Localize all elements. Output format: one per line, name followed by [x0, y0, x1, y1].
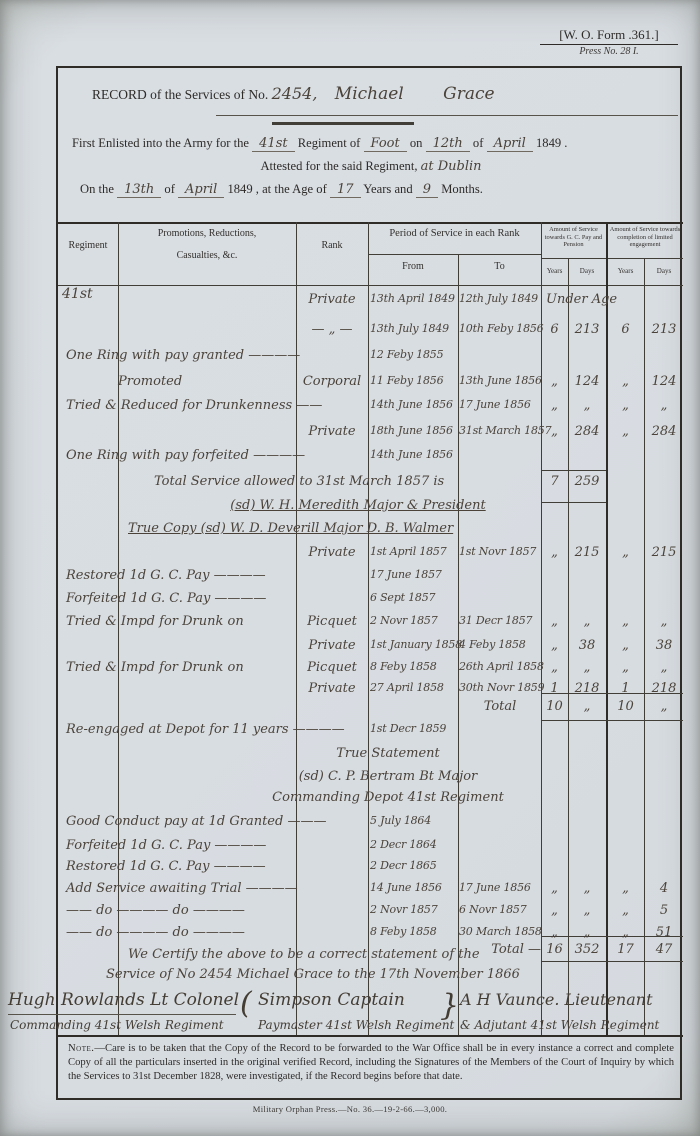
of-label: of	[473, 136, 484, 150]
attested-place-value: at Dublin	[421, 159, 482, 174]
table-row: Forfeited 1d G. C. Pay ————2 Decr 1864	[58, 838, 683, 858]
col-header-days-1: Days	[568, 267, 606, 275]
age-months-value: 9	[416, 182, 438, 198]
signature-rule	[8, 1014, 236, 1015]
age-years-value: 17	[330, 182, 361, 198]
form-number: [W. O. Form .361.]	[540, 27, 678, 45]
enlist-month-value: April	[487, 136, 533, 152]
table-row: (sd) W. H. Meredith Major & President	[58, 498, 683, 518]
table-row: True Copy (sd) W. D. Deverill Major D. B…	[58, 521, 683, 541]
record-title: RECORD of the Services of No. 2454, Mich…	[92, 84, 495, 104]
attest-month-value: April	[178, 182, 224, 198]
regiment-number-value: 41st	[252, 136, 294, 152]
document-scan: [W. O. Form .361.] Press No. 28 I. RECOR…	[0, 0, 700, 1136]
col-header-days-2: Days	[645, 267, 683, 275]
attest-year: 1849	[227, 182, 252, 196]
signature-brace: }	[440, 988, 459, 1023]
table-row: Forfeited 1d G. C. Pay ————6 Sept 1857	[58, 591, 683, 611]
note-paragraph: Note.—Care is to be taken that the Copy …	[58, 1037, 684, 1084]
table-row: True Statement	[58, 746, 683, 766]
table-row: Good Conduct pay at 1d Granted ———5 July…	[58, 814, 683, 834]
attested-label: Attested for the said Regiment,	[260, 159, 417, 173]
certification-line-1: We Certify the above to be a correct sta…	[128, 947, 480, 962]
table-row: Tried & Impd for Drunk onPicquet2 Novr 1…	[58, 614, 683, 634]
enlisted-label: First Enlisted into the Army for the	[72, 136, 249, 150]
enlist-day-value: 12th	[426, 136, 470, 152]
col-header-promotions-2: Casualties, &c.	[118, 250, 296, 261]
enlistment-line: First Enlisted into the Army for the 41s…	[72, 136, 567, 151]
form-number-block: [W. O. Form .361.] Press No. 28 I.	[540, 27, 678, 57]
col-header-from: From	[368, 261, 458, 272]
col-header-rank: Rank	[296, 240, 368, 251]
table-row: Commanding Depot 41st Regiment	[58, 790, 683, 810]
table-row: Restored 1d G. C. Pay ————2 Decr 1865	[58, 859, 683, 879]
col-header-period: Period of Service in each Rank	[368, 228, 541, 239]
table-row: (sd) C. P. Bertram Bt Major	[58, 769, 683, 789]
signature-commanding-officer-title: Commanding 41st Welsh Regiment	[10, 1018, 224, 1032]
attest-of-label: of	[164, 182, 175, 196]
name-rule-thick	[272, 122, 414, 125]
signature-commanding-officer: Hugh Rowlands Lt Colonel	[8, 990, 239, 1010]
col-header-regiment: Regiment	[58, 240, 118, 251]
table-row: Re-engaged at Depot for 11 years ————1st…	[58, 722, 683, 742]
table-row: PromotedCorporal11 Feby 185613th June 18…	[58, 374, 683, 394]
col-header-to: To	[458, 261, 541, 272]
certification-line-2: Service of No 2454 Michael Grace to the …	[106, 967, 520, 982]
record-title-label: RECORD of the Services of No.	[92, 87, 268, 102]
signature-paymaster: Simpson Captain	[258, 990, 405, 1010]
attested-line: Attested for the said Regiment, at Dubli…	[58, 159, 684, 174]
soldier-name: Michael Grace	[335, 84, 495, 104]
signature-paymaster-title: Paymaster 41st Welsh Regiment	[258, 1018, 454, 1032]
table-row: — „ —13th July 184910th Feby 18566213621…	[58, 322, 683, 342]
table-row: One Ring with pay forfeited ————14th Jun…	[58, 448, 683, 468]
table-row: Restored 1d G. C. Pay ————17 June 1857	[58, 568, 683, 588]
corps-value: Foot	[364, 136, 407, 152]
col-header-promotions-1: Promotions, Reductions,	[118, 228, 296, 239]
years-and-label: Years and	[363, 182, 412, 196]
col-header-years-1: Years	[541, 267, 568, 275]
service-number-value: 2454,	[272, 84, 318, 103]
col-header-engagement: Amount of Service towards completion of …	[609, 226, 681, 249]
enlist-year: 1849 .	[536, 136, 567, 150]
signature-adjutant-title: & Adjutant 41st Welsh Regiment	[460, 1018, 659, 1032]
table-row: —— do ———— do ————2 Novr 18576 Novr 1857…	[58, 903, 683, 923]
regiment-of-label: Regiment of	[298, 136, 361, 150]
note-label: Note.	[68, 1043, 94, 1054]
note-body: —Care is to be taken that the Copy of th…	[68, 1043, 674, 1082]
press-number: Press No. 28 I.	[540, 46, 678, 57]
printer-imprint: Military Orphan Press.—No. 36.—19-2-66.—…	[0, 1104, 700, 1114]
table-row: Private1st April 18571st Novr 1857„215„2…	[58, 545, 683, 565]
col-header-pension: Amount of Service towards G. C. Pay and …	[543, 226, 604, 249]
table-row: Private1st January 18584 Feby 1858„38„38	[58, 638, 683, 658]
signature-flourish: (	[240, 986, 252, 1021]
table-row: One Ring with pay granted ————12 Feby 18…	[58, 348, 683, 368]
age-label: , at the Age of	[256, 182, 327, 196]
months-label: Months.	[441, 182, 483, 196]
col-header-years-2: Years	[607, 267, 644, 275]
table-row-total: Total10„10„	[58, 699, 683, 719]
form-border: RECORD of the Services of No. 2454, Mich…	[56, 66, 682, 1100]
name-rule	[216, 115, 678, 116]
table-row: Private18th June 185631st March 1857„284…	[58, 424, 683, 444]
table-row: Tried & Impd for Drunk onPicquet8 Feby 1…	[58, 660, 683, 680]
attestation-date-line: On the 13th of April 1849 , at the Age o…	[80, 182, 483, 197]
table-row: Private13th April 184912th July 1849Unde…	[58, 292, 683, 312]
table-row: Add Service awaiting Trial ————14 June 1…	[58, 881, 683, 901]
attest-day-value: 13th	[117, 182, 161, 198]
signature-adjutant: A H Vaunce. Lieutenant	[460, 990, 653, 1009]
on-label: on	[410, 136, 423, 150]
on-the-label: On the	[80, 182, 114, 196]
table-row: Private27 April 185830th Novr 1859121812…	[58, 681, 683, 701]
table-row: Tried & Reduced for Drunkenness ——14th J…	[58, 398, 683, 418]
table-row: Total Service allowed to 31st March 1857…	[58, 474, 683, 494]
